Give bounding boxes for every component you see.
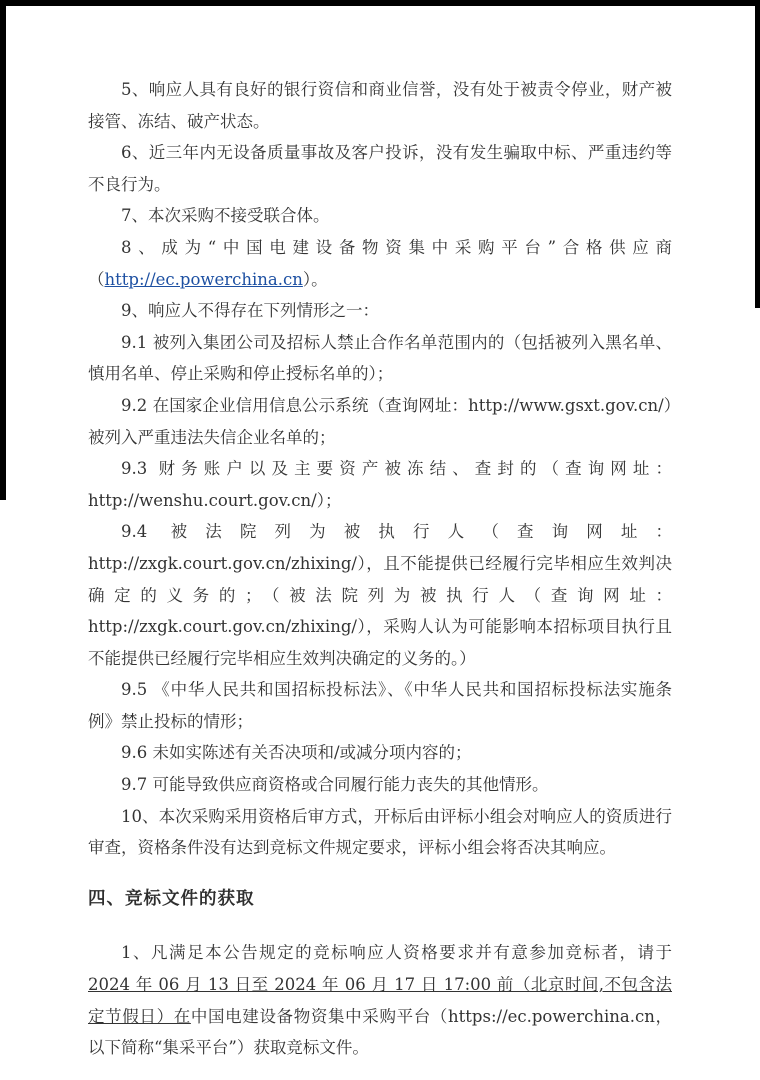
text-run: 9.5 《中华人民共和国招标投标法》、《中华人民共和国招标投标法实施条例》禁止投… xyxy=(88,680,672,731)
section-heading: 四、竞标文件的获取 xyxy=(88,884,672,916)
paragraph: 7、本次采购不接受联合体。 xyxy=(88,200,672,232)
text-run: 7、本次采购不接受联合体。 xyxy=(121,206,330,225)
paragraph: 9.7 可能导致供应商资格或合同履行能力丧失的其他情形。 xyxy=(88,769,672,801)
paragraph: 9.3 财务账户以及主要资产被冻结、查封的（查询网址：http://wenshu… xyxy=(88,453,672,516)
paragraph: 9.4 被法院列为被执行人（查询网址：http://zxgk.court.gov… xyxy=(88,516,672,674)
paragraph: 9.2 在国家企业信用信息公示系统（查询网址：http://www.gsxt.g… xyxy=(88,390,672,453)
paragraph: 9、响应人不得存在下列情形之一： xyxy=(88,295,672,327)
text-run: 四、竞标文件的获取 xyxy=(88,889,255,909)
document-page: 5、响应人具有良好的银行资信和商业信誉，没有处于被责令停业，财产被接管、冻结、破… xyxy=(0,0,760,1080)
text-run: 9.2 在国家企业信用信息公示系统（查询网址：http://www.gsxt.g… xyxy=(88,396,672,447)
document-body: 5、响应人具有良好的银行资信和商业信誉，没有处于被责令停业，财产被接管、冻结、破… xyxy=(88,74,672,1064)
page-edge-top xyxy=(0,0,760,6)
text-run: 10、本次采购采用资格后审方式，开标后由评标小组会对响应人的资质进行审查，资格条… xyxy=(88,807,672,858)
text-run: 9.4 被法院列为被执行人（查询网址：http://zxgk.court.gov… xyxy=(88,522,672,667)
paragraph: 5、响应人具有良好的银行资信和商业信誉，没有处于被责令停业，财产被接管、冻结、破… xyxy=(88,74,672,137)
text-run: 1、凡满足本公告规定的竞标响应人资格要求并有意参加竞标者，请于 xyxy=(121,943,672,962)
paragraph: 6、近三年内无设备质量事故及客户投诉，没有发生骗取中标、严重违约等不良行为。 xyxy=(88,137,672,200)
paragraph: 9.6 未如实陈述有关否决项和/或减分项内容的； xyxy=(88,737,672,769)
text-run: 6、近三年内无设备质量事故及客户投诉，没有发生骗取中标、严重违约等不良行为。 xyxy=(88,143,672,194)
text-run: 9.7 可能导致供应商资格或合同履行能力丧失的其他情形。 xyxy=(121,775,549,794)
text-run: ）。 xyxy=(303,270,328,289)
paragraph: 10、本次采购采用资格后审方式，开标后由评标小组会对响应人的资质进行审查，资格条… xyxy=(88,801,672,864)
text-run: 5、响应人具有良好的银行资信和商业信誉，没有处于被责令停业，财产被接管、冻结、破… xyxy=(88,80,672,131)
text-run: 9、响应人不得存在下列情形之一： xyxy=(121,301,379,320)
text-run: 9.6 未如实陈述有关否决项和/或减分项内容的； xyxy=(121,743,472,762)
page-edge-left xyxy=(0,0,6,500)
paragraph: 8、成为“中国电建设备物资集中采购平台”合格供应商（http://ec.powe… xyxy=(88,232,672,295)
paragraph: 9.1 被列入集团公司及招标人禁止合作名单范围内的（包括被列入黑名单、慎用名单、… xyxy=(88,327,672,390)
hyperlink[interactable]: http://ec.powerchina.cn xyxy=(105,270,303,289)
paragraph: 1、凡满足本公告规定的竞标响应人资格要求并有意参加竞标者，请于 2024 年 0… xyxy=(88,937,672,1063)
paragraph: 9.5 《中华人民共和国招标投标法》、《中华人民共和国招标投标法实施条例》禁止投… xyxy=(88,674,672,737)
page-edge-right xyxy=(755,0,760,308)
text-run: 9.3 财务账户以及主要资产被冻结、查封的（查询网址：http://wenshu… xyxy=(88,459,672,510)
text-run: 9.1 被列入集团公司及招标人禁止合作名单范围内的（包括被列入黑名单、慎用名单、… xyxy=(88,333,672,384)
